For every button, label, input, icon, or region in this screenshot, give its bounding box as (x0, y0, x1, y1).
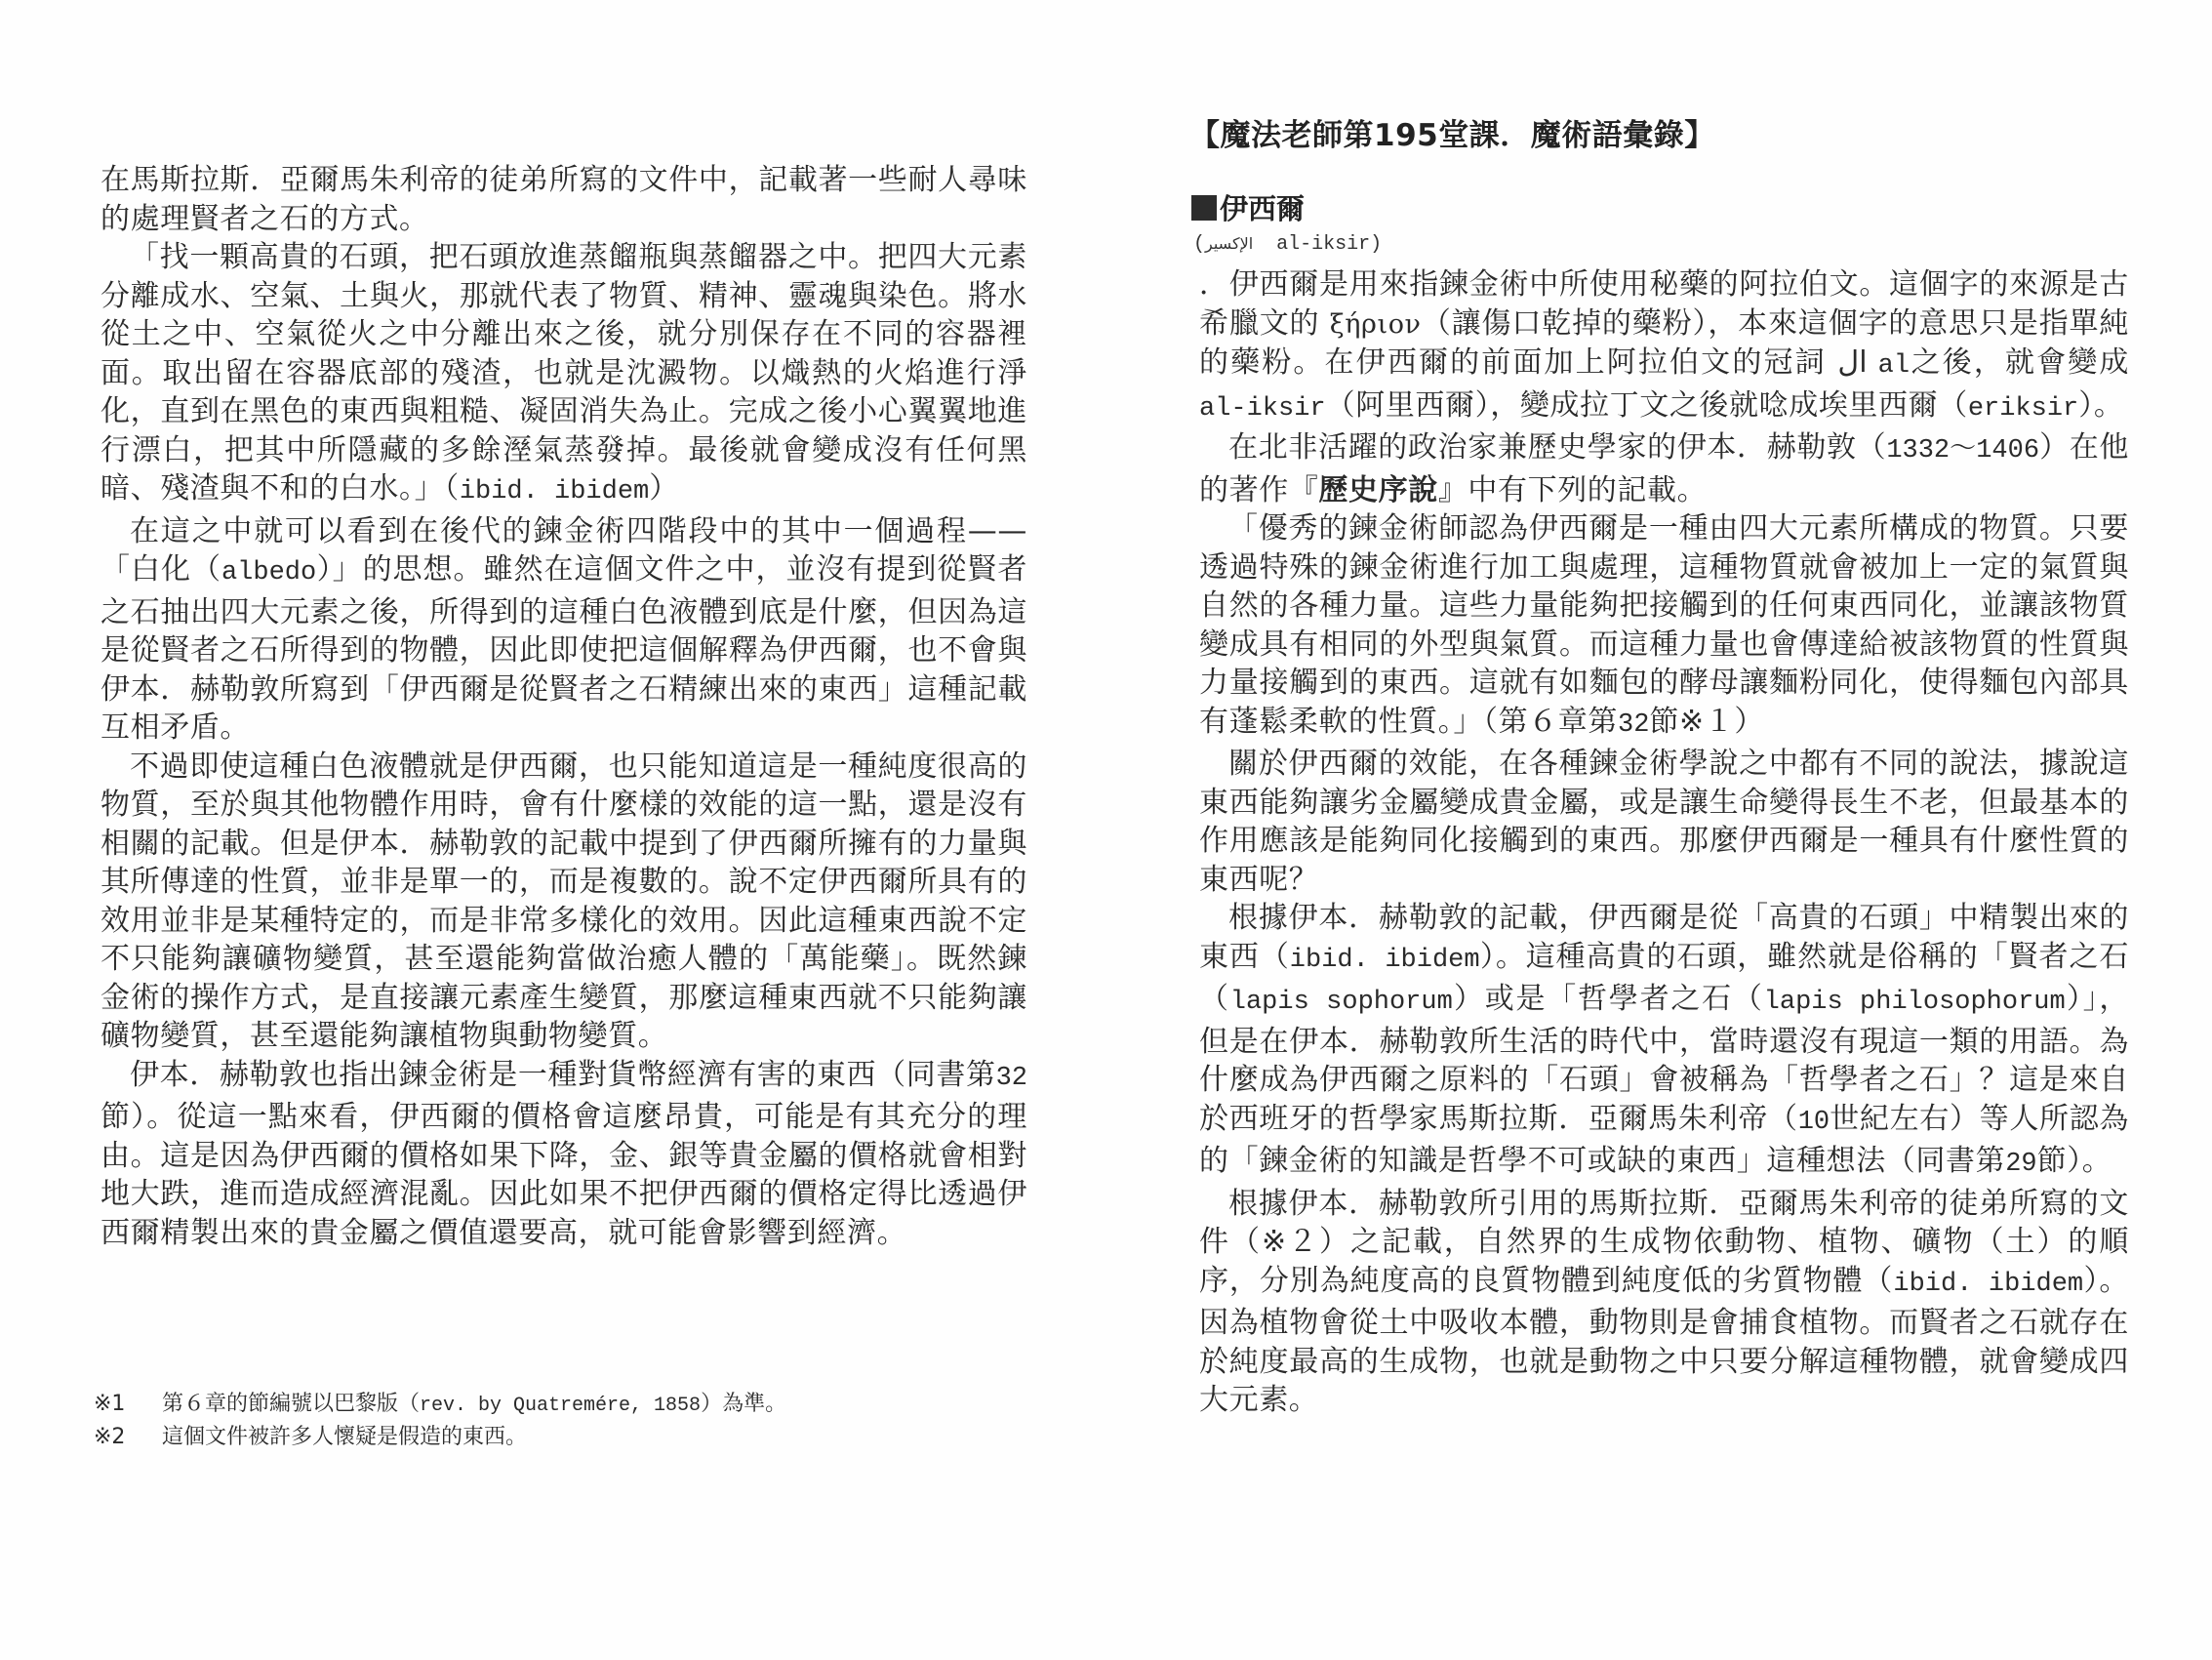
latin-text: lapis philosophorum (1764, 988, 2066, 1017)
latin-text: 10 (1798, 1108, 1830, 1137)
greek-text: ξήριον (1330, 309, 1422, 340)
latin-text: al-iksir (1199, 394, 1326, 424)
text-run: 這個文件被許多人懷疑是假造的東西。 (162, 1425, 527, 1449)
text-run: （阿里西爾），變成拉丁文之後就唸成埃里西爾（ (1326, 388, 1968, 423)
text-run: ）。 (2078, 388, 2123, 423)
latin-text: ibid. ibidem (460, 477, 649, 506)
latin-text: lapis sophorum (1230, 988, 1453, 1017)
latin-text: ibid. ibidem (1893, 1270, 2083, 1299)
text-run: 在北非活躍的政治家兼歷史學家的伊本．赫勒敦（ (1228, 430, 1886, 465)
text-run: 第６章的節編號以巴黎版（ (162, 1392, 420, 1416)
entry-arabic: الإكسير (1205, 234, 1253, 253)
entry-heading: 伊西爾 (1191, 187, 1305, 227)
text-run: ）為準。 (701, 1392, 786, 1416)
entry-transliteration: al-iksir (1276, 233, 1370, 256)
text-run: 不過即使這種白色液體就是伊西爾，也只能知道這是一種純度很高的物質，至於與其他物體… (101, 749, 1027, 1054)
footnote: ※2這個文件被許多人懷疑是假造的東西。 (94, 1422, 972, 1453)
entry-etymology: (الإكسير al-iksir) (1193, 233, 1382, 256)
paragraph: 在這之中就可以看到在後代的鍊金術四階段中的其中一個過程——「白化（albedo）… (101, 512, 1027, 748)
text-run: 節）。 (2037, 1144, 2112, 1178)
text-run: 伊本．赫勒敦也指出鍊金術是一種對貨幣經濟有害的東西（同書第 (130, 1058, 996, 1092)
paragraph: 在北非活躍的政治家兼歷史學家的伊本．赫勒敦（1332～1406）在他的著作『歷史… (1199, 428, 2129, 509)
latin-text: albedo (221, 558, 316, 587)
text-run: ）或是「哲學者之石（ (1453, 982, 1764, 1016)
footnote: ※1第６章的節編號以巴黎版（rev. by Quatremére, 1858）為… (94, 1389, 972, 1422)
latin-text: ibid. ibidem (1290, 946, 1480, 975)
footnote-mark: ※2 (94, 1422, 137, 1453)
paragraph: 關於伊西爾的效能，在各種鍊金術學說之中都有不同的說法，據說這東西能夠讓劣金屬變成… (1199, 745, 2129, 899)
latin-text: 32 (996, 1064, 1027, 1093)
footnote-text: 這個文件被許多人懷疑是假造的東西。 (162, 1422, 527, 1453)
latin-text: 32 (1618, 710, 1649, 740)
black-square-icon (1191, 195, 1217, 221)
footnotes: ※1第６章的節編號以巴黎版（rev. by Quatremére, 1858）為… (94, 1389, 972, 1453)
latin-text: 1332～1406 (1886, 436, 2039, 466)
paragraph: 伊本．赫勒敦也指出鍊金術是一種對貨幣經濟有害的東西（同書第32節）。從這一點來看… (101, 1056, 1027, 1253)
paragraph: 「找一顆高貴的石頭，把石頭放進蒸餾瓶與蒸餾器之中。把四大元素分離成水、空氣、土與… (101, 238, 1027, 512)
text-run: 關於伊西爾的效能，在各種鍊金術學說之中都有不同的說法，據說這東西能夠讓劣金屬變成… (1199, 747, 2129, 897)
footnote-text: 第６章的節編號以巴黎版（rev. by Quatremére, 1858）為準。 (162, 1389, 786, 1422)
text-run: 「找一顆高貴的石頭，把石頭放進蒸餾瓶與蒸餾器之中。把四大元素分離成水、空氣、土與… (101, 240, 1027, 506)
entry-title: 伊西爾 (1220, 187, 1305, 227)
footnote-mark: ※1 (94, 1389, 137, 1422)
running-head: 【魔法老師第195堂課．魔術語彙錄】 (1189, 110, 1715, 154)
paragraph: 「優秀的鍊金術師認為伊西爾是一種由四大元素所構成的物質。只要透過特殊的鍊金術進行… (1199, 509, 2129, 745)
left-body-text: 在馬斯拉斯．亞爾馬朱利帝的徒弟所寫的文件中，記載著一些耐人尋味的處理賢者之石的方… (101, 161, 1027, 1252)
text-run: 之後，就會變成 (1910, 345, 2129, 380)
latin-text: eriksir (1968, 394, 2078, 424)
paragraph: 不過即使這種白色液體就是伊西爾，也只能知道這是一種純度很高的物質，至於與其他物體… (101, 748, 1027, 1056)
paragraph: 根據伊本．赫勒敦的記載，伊西爾是從「高貴的石頭」中精製出來的東西（ibid. i… (1199, 899, 2129, 1185)
paragraph: 在馬斯拉斯．亞爾馬朱利帝的徒弟所寫的文件中，記載著一些耐人尋味的處理賢者之石的方… (101, 161, 1027, 238)
text-run: 在馬斯拉斯．亞爾馬朱利帝的徒弟所寫的文件中，記載著一些耐人尋味的處理賢者之石的方… (101, 163, 1027, 236)
text-run: 』中有下列的記載。 (1438, 473, 1707, 507)
latin-text: al (1878, 351, 1910, 381)
text-run: 節※１） (1649, 705, 1764, 739)
latin-text: rev. by Quatremére, 1858 (420, 1395, 701, 1417)
right-body-text: ．伊西爾是用來指鍊金術中所使用秘藥的阿拉伯文。這個字的來源是古希臘文的 ξήρι… (1199, 265, 2129, 1420)
paragraph: ．伊西爾是用來指鍊金術中所使用秘藥的阿拉伯文。這個字的來源是古希臘文的 ξήρι… (1199, 265, 2129, 428)
paragraph: 根據伊本．赫勒敦所引用的馬斯拉斯．亞爾馬朱利帝的徒弟所寫的文件（※２）之記載，自… (1199, 1185, 2129, 1420)
text-run: 節）。從這一點來看，伊西爾的價格會這麼昂貴，可能是有其充分的理由。這是因為伊西爾… (101, 1100, 1027, 1250)
book-title: 歷史序說 (1318, 473, 1437, 507)
latin-text: 29 (2005, 1150, 2036, 1179)
text-run: ） (649, 471, 679, 506)
left-page: 在馬斯拉斯．亞爾馬朱利帝的徒弟所寫的文件中，記載著一些耐人尋味的處理賢者之石的方… (0, 0, 1106, 1660)
